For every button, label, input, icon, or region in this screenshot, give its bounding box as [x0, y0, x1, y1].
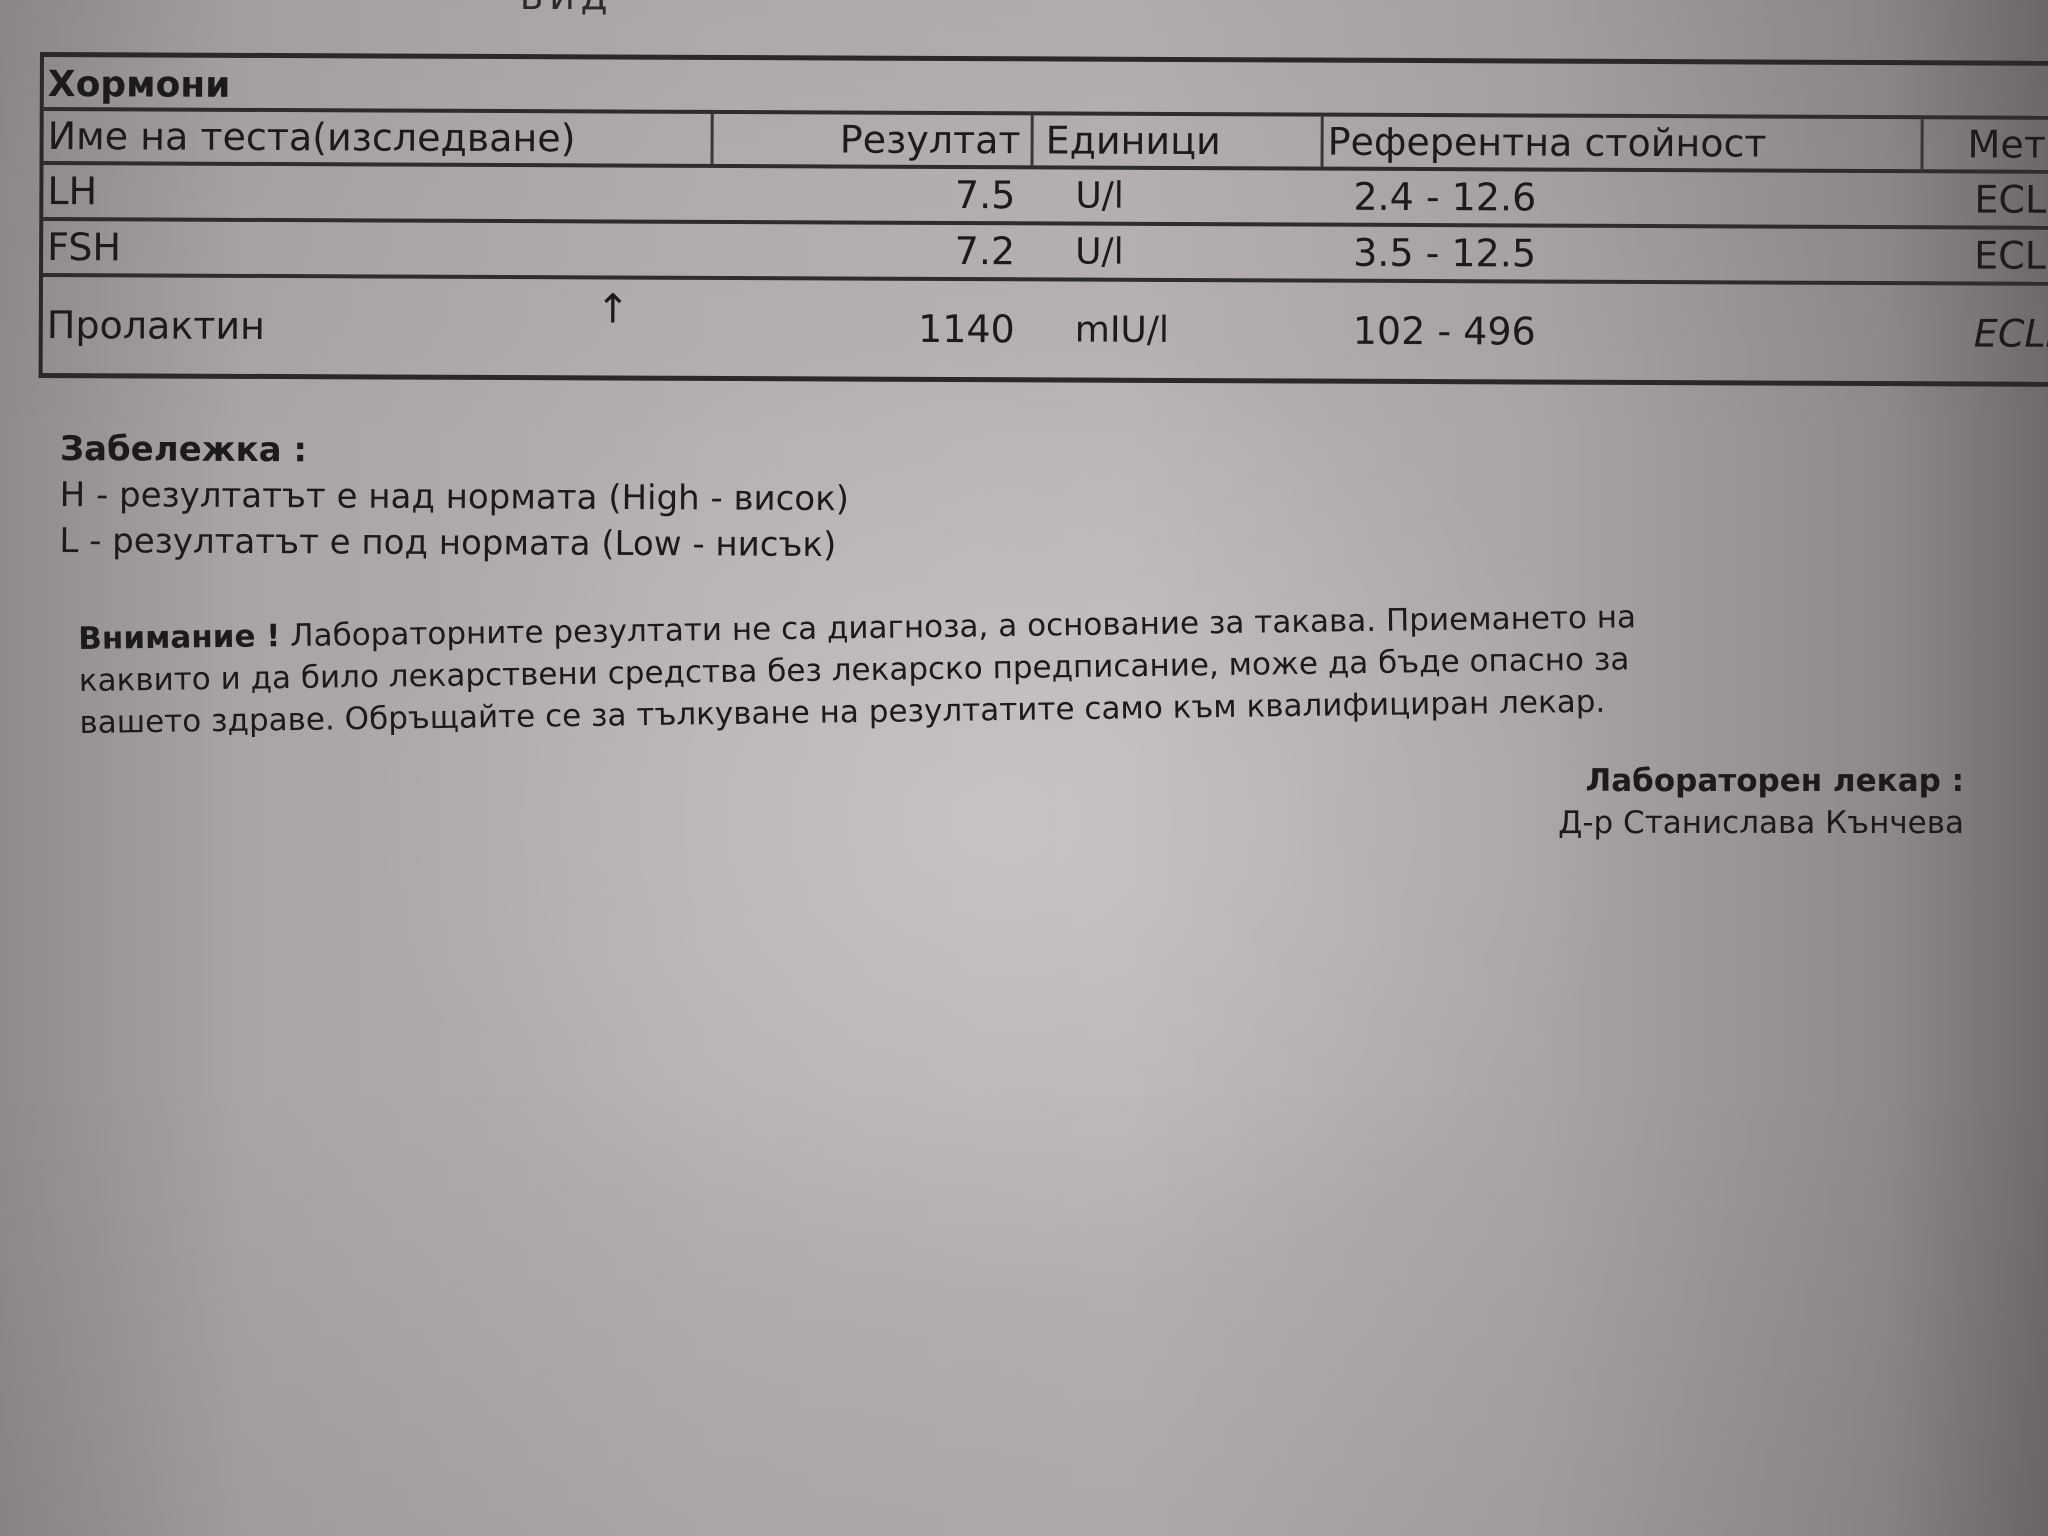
signature-name: Д-р Станислава Кънчева — [1558, 802, 1964, 844]
test-name: LH — [43, 169, 713, 216]
test-reference-range: 102 - 496 — [1323, 309, 1923, 356]
test-reference-range: 3.5 - 12.5 — [1323, 231, 1923, 278]
test-method: ECLIA — [1923, 233, 2048, 278]
table-header-row: Име на теста(изследване) Резултат Единиц… — [44, 111, 2048, 174]
hormones-results-table: Хормони Име на теста(изследване) Резулта… — [39, 52, 2048, 387]
warning-label: Внимание ! — [78, 618, 281, 657]
section-title: Хормони — [44, 57, 2048, 120]
note-line-high: H - резултатът е над нормата (High - вис… — [60, 472, 850, 522]
column-header-method: Метод — [1924, 119, 2048, 170]
column-header-reference: Референтна стойност — [1324, 117, 1924, 170]
column-header-name: Име на теста(изследване) — [44, 111, 714, 164]
test-name: FSH — [43, 225, 713, 272]
results-table-container: Хормони Име на теста(изследване) Резулта… — [39, 52, 2048, 387]
column-header-result: Резултат — [714, 114, 1034, 165]
cutoff-heading: ВИД — [520, 0, 613, 18]
note-block: Забележка : H - резултатът е над нормата… — [59, 426, 849, 568]
test-result: 7.2 — [753, 228, 1033, 273]
signature-role: Лабораторен лекар : — [1558, 760, 1964, 802]
note-line-low: L - резултатът е под нормата (Low - нисъ… — [59, 518, 849, 568]
arrow-up-icon: ↑ — [596, 289, 630, 329]
test-method: ECLIA — [1923, 311, 2048, 356]
table-row: FSH 7.2 U/l 3.5 - 12.5 ECLIA — [43, 221, 2048, 286]
test-units: U/l — [1033, 231, 1323, 273]
test-units: U/l — [1033, 175, 1323, 217]
table-row: LH 7.5 U/l 2.4 - 12.6 ECLIA — [43, 165, 2048, 230]
test-method: ECLIA — [1923, 177, 2048, 222]
test-reference-range: 2.4 - 12.6 — [1323, 175, 1923, 222]
column-header-units: Единици — [1034, 115, 1324, 166]
test-units: mIU/l — [1033, 309, 1323, 351]
result-flag: ↑ — [713, 306, 753, 350]
note-title: Забележка : — [60, 426, 850, 476]
test-result: 1140 — [753, 306, 1033, 351]
signature-block: Лабораторен лекар : Д-р Станислава Кънче… — [1558, 760, 1964, 844]
table-row: Пролактин ↑ 1140 mIU/l 102 - 496 ECLIA — [43, 277, 2048, 382]
warning-block: Внимание ! Лабораторните резултати не са… — [78, 593, 1880, 744]
test-result: 7.5 — [753, 172, 1033, 217]
